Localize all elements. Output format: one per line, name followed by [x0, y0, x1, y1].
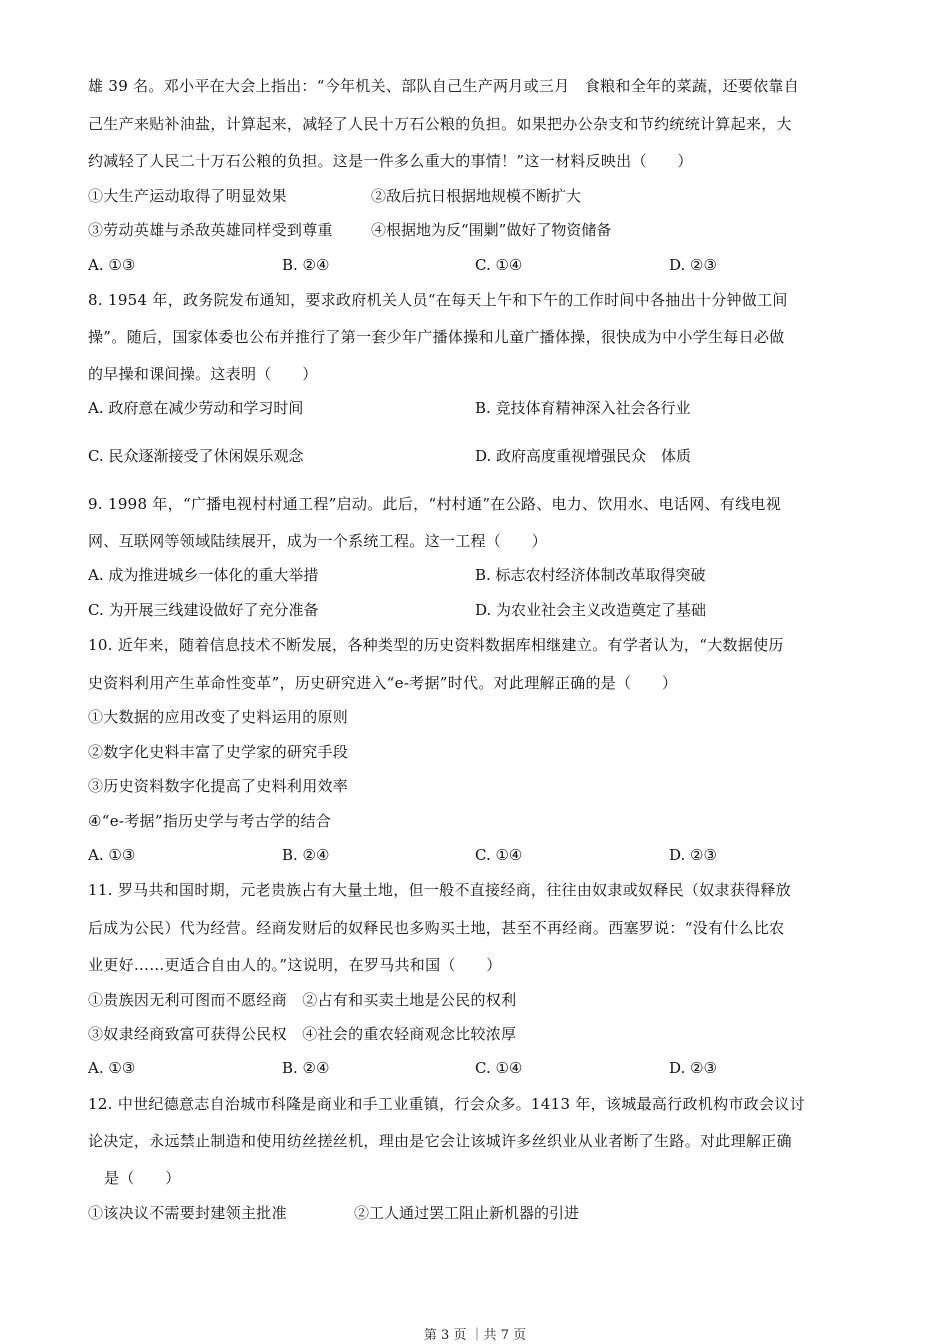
question-text-line: 11. 罗马共和国时期，元老贵族占有大量土地，但一般不直接经商，往往由奴隶或奴释… — [88, 880, 791, 900]
option-c[interactable]: C. 为开展三线建设做好了充分准备 — [88, 600, 318, 620]
question-text-line: 10. 近年来，随着信息技术不断发展，各种类型的历史资料数据库相继建立。有学者认… — [88, 635, 784, 655]
question-text-line: 雄 39 名。邓小平在大会上指出：“今年机关、部队自己生产两月或三月 食粮和全年… — [88, 76, 799, 96]
statement-2: ②敌后抗日根据地规模不断扩大 — [371, 186, 581, 206]
question-text-line: 约减轻了人民二十万石公粮的负担。这是一件多么重大的事情！”这一材料反映出（ ） — [88, 151, 693, 171]
question-text-line: 业更好……更适合自由人的。”这说明，在罗马共和国（ ） — [88, 955, 502, 975]
option-a[interactable]: A. ①③ — [88, 1058, 135, 1078]
option-c[interactable]: C. ①④ — [475, 1058, 522, 1078]
option-c[interactable]: C. 民众逐渐接受了休闲娱乐观念 — [88, 446, 303, 466]
exam-page: 雄 39 名。邓小平在大会上指出：“今年机关、部队自己生产两月或三月 食粮和全年… — [0, 0, 950, 1344]
statement-2: ②数字化史料丰富了史学家的研究手段 — [88, 742, 348, 762]
question-text-line: 8. 1954 年，政务院发布通知，要求政府机关人员“在每天上午和下午的工作时间… — [88, 290, 788, 310]
option-d[interactable]: D. ②③ — [669, 255, 717, 275]
question-text-line: 12. 中世纪德意志自治城市科隆是商业和手工业重镇，行会众多。1413 年，该城… — [88, 1094, 805, 1114]
question-text-line: 己生产来贴补油盐，计算起来，减轻了人民十万石公粮的负担。如果把办公杂支和节约统统… — [88, 114, 792, 134]
statements-3-4: ③奴隶经商致富可获得公民权 ④社会的重农轻商观念比较浓厚 — [88, 1024, 516, 1044]
option-d[interactable]: D. 政府高度重视增强民众 体质 — [475, 446, 691, 466]
question-text-line: 论决定，永远禁止制造和使用纺丝搓丝机，理由是它会让该城许多丝织业从业者断了生路。… — [88, 1131, 792, 1151]
option-a[interactable]: A. ①③ — [88, 255, 135, 275]
statement-1: ①大数据的应用改变了史料运用的原则 — [88, 707, 348, 727]
question-text-line: 是（ ） — [104, 1168, 181, 1188]
question-text-line: 的早操和课间操。这表明（ ） — [88, 364, 318, 384]
option-a[interactable]: A. 成为推进城乡一体化的重大举措 — [88, 565, 318, 585]
question-text-line: 史资料利用产生革命性变革”，历史研究进入“e-考据”时代。对此理解正确的是（ ） — [88, 673, 677, 693]
statement-3: ③劳动英雄与杀敌英雄同样受到尊重 — [88, 220, 333, 240]
option-a[interactable]: A. 政府意在减少劳动和学习时间 — [88, 398, 303, 418]
option-b[interactable]: B. ②④ — [282, 255, 329, 275]
option-b[interactable]: B. 竞技体育精神深入社会各行业 — [475, 398, 691, 418]
option-b[interactable]: B. ②④ — [282, 845, 329, 865]
question-text-line: 9. 1998 年，“广播电视村村通工程”启动。此后，“村村通”在公路、电力、饮… — [88, 494, 781, 514]
option-c[interactable]: C. ①④ — [475, 845, 522, 865]
option-b[interactable]: B. 标志农村经济体制改革取得突破 — [475, 565, 706, 585]
statement-3: ③历史资料数字化提高了史料利用效率 — [88, 776, 348, 796]
option-d[interactable]: D. 为农业社会主义改造奠定了基础 — [475, 600, 706, 620]
statements-1-2: ①贵族因无利可图而不愿经商 ②占有和买卖土地是公民的权利 — [88, 990, 516, 1010]
question-text-line: 网、互联网等领域陆续展开，成为一个系统工程。这一工程（ ） — [88, 531, 547, 551]
statement-4: ④根据地为反“围剿”做好了物资储备 — [371, 220, 611, 240]
statement-4: ④“e-考据”指历史学与考古学的结合 — [88, 811, 331, 831]
option-a[interactable]: A. ①③ — [88, 845, 135, 865]
question-text-line: 后成为公民）代为经营。经商发财后的奴释民也多购买土地，甚至不再经商。西塞罗说：“… — [88, 918, 784, 938]
option-d[interactable]: D. ②③ — [669, 1058, 717, 1078]
option-c[interactable]: C. ①④ — [475, 255, 522, 275]
option-b[interactable]: B. ②④ — [282, 1058, 329, 1078]
statement-2: ②工人通过罢工阻止新机器的引进 — [354, 1203, 579, 1223]
page-footer: 第 3 页 ｜共 7 页 — [0, 1324, 950, 1343]
question-text-line: 操”。随后，国家体委也公布并推行了第一套少年广播体操和儿童广播体操，很快成为中小… — [88, 327, 784, 347]
option-d[interactable]: D. ②③ — [669, 845, 717, 865]
statement-1: ①该决议不需要封建领主批准 — [88, 1203, 287, 1223]
statement-1: ①大生产运动取得了明显效果 — [88, 186, 287, 206]
